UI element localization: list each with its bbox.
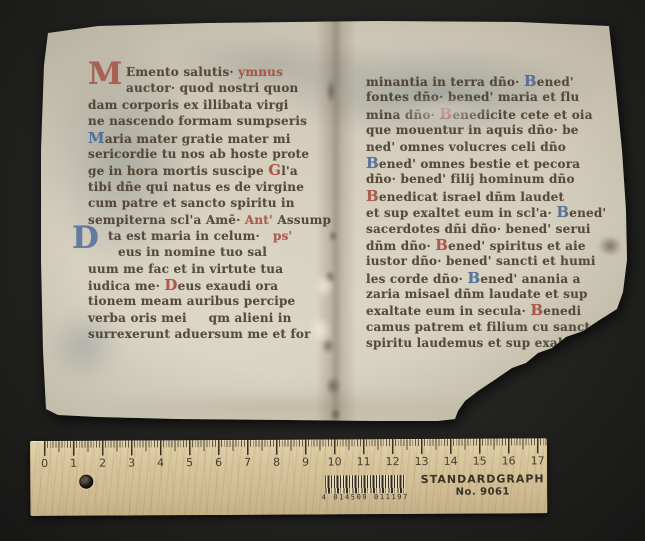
ruler-number: 11: [357, 455, 371, 468]
ruler-number: 7: [244, 456, 251, 469]
parchment: Emento salutis· ymnusauctor· quod nostri…: [38, 20, 636, 432]
wooden-ruler: 01234567891011121314151617 4 014509 0111…: [30, 438, 547, 516]
ruler-number: 0: [41, 457, 48, 470]
ruler-number: 13: [415, 455, 429, 468]
hanging-hole: [79, 475, 93, 489]
ruler-number: 3: [128, 456, 135, 469]
ruler-number: 4: [157, 456, 164, 469]
ruler-number: 12: [386, 455, 400, 468]
ruler-number: 6: [215, 456, 222, 469]
ruler-number: 10: [328, 455, 342, 468]
model-number: No. 9061: [415, 486, 550, 498]
ruler-number: 14: [444, 455, 458, 468]
photo-background: Emento salutis· ymnusauctor· quod nostri…: [0, 0, 645, 541]
barcode-digits: 4 014509 011197: [314, 493, 416, 502]
ruler-number: 5: [186, 456, 193, 469]
manuscript-leaf: Emento salutis· ymnusauctor· quod nostri…: [38, 20, 636, 432]
ruler-number: 17: [531, 454, 545, 467]
brand-label: STANDARDGRAPH: [415, 472, 550, 486]
ruler-number: 1: [70, 457, 77, 470]
ruler-number: 2: [99, 457, 106, 470]
ruler-number: 9: [302, 456, 309, 469]
ruler-number: 8: [273, 456, 280, 469]
ruler-number: 16: [502, 454, 516, 467]
ruler-number: 15: [473, 455, 487, 468]
edge-shading: [38, 20, 636, 432]
barcode: [325, 475, 405, 493]
